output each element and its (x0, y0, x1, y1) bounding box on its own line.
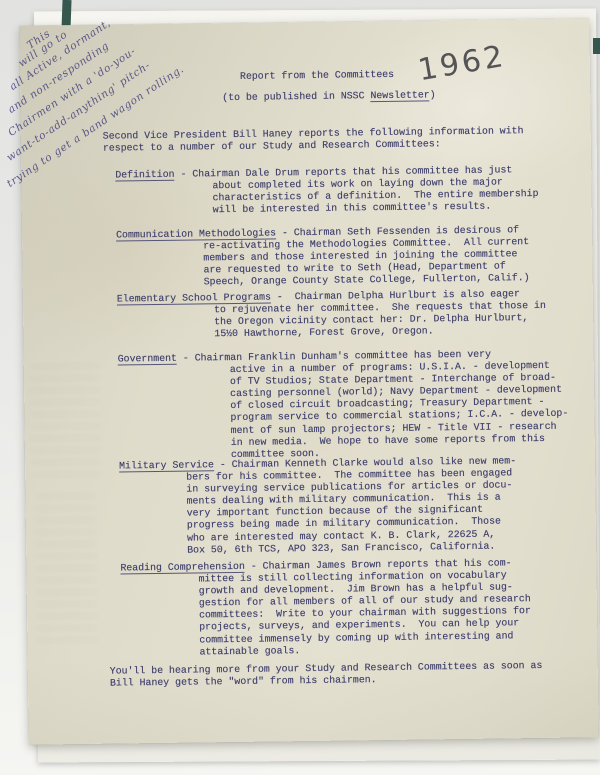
document-page: This will go to all Active, dormant, and… (19, 18, 598, 744)
committee-section: Reading Comprehension - Chairman James B… (26, 556, 587, 660)
document-subtitle: (to be published in NSSC Newsletter) (222, 89, 435, 104)
section-heading: Government (118, 353, 177, 366)
committee-section: Definition - Chairman Dale Drum reports … (21, 163, 582, 219)
committee-section: Military Service - Chairman Kenneth Clar… (25, 454, 586, 558)
section-heading: Definition (115, 169, 174, 182)
closing-paragraph: You'll be hearing more from your Study a… (110, 660, 543, 690)
subtitle-prefix: (to be published in NSSC (222, 90, 370, 103)
committee-section: Communication Methodologies - Chairman S… (22, 223, 583, 291)
intro-paragraph: Second Vice President Bill Haney reports… (103, 125, 524, 155)
teal-edge-mark-right (593, 38, 600, 54)
scanned-document-scene: This will go to all Active, dormant, and… (0, 0, 600, 775)
committee-section: Elementary School Programs - Chairman De… (23, 287, 584, 343)
subtitle-suffix: ) (430, 89, 436, 100)
section-heading: Military Service (119, 459, 214, 472)
subtitle-underlined-word: Newsletter (370, 89, 429, 102)
handwritten-year: 1962 (416, 39, 509, 88)
document-title: Report from the Committees (240, 69, 394, 83)
committee-section: Government - Chairman Franklin Dunham's … (24, 347, 585, 463)
